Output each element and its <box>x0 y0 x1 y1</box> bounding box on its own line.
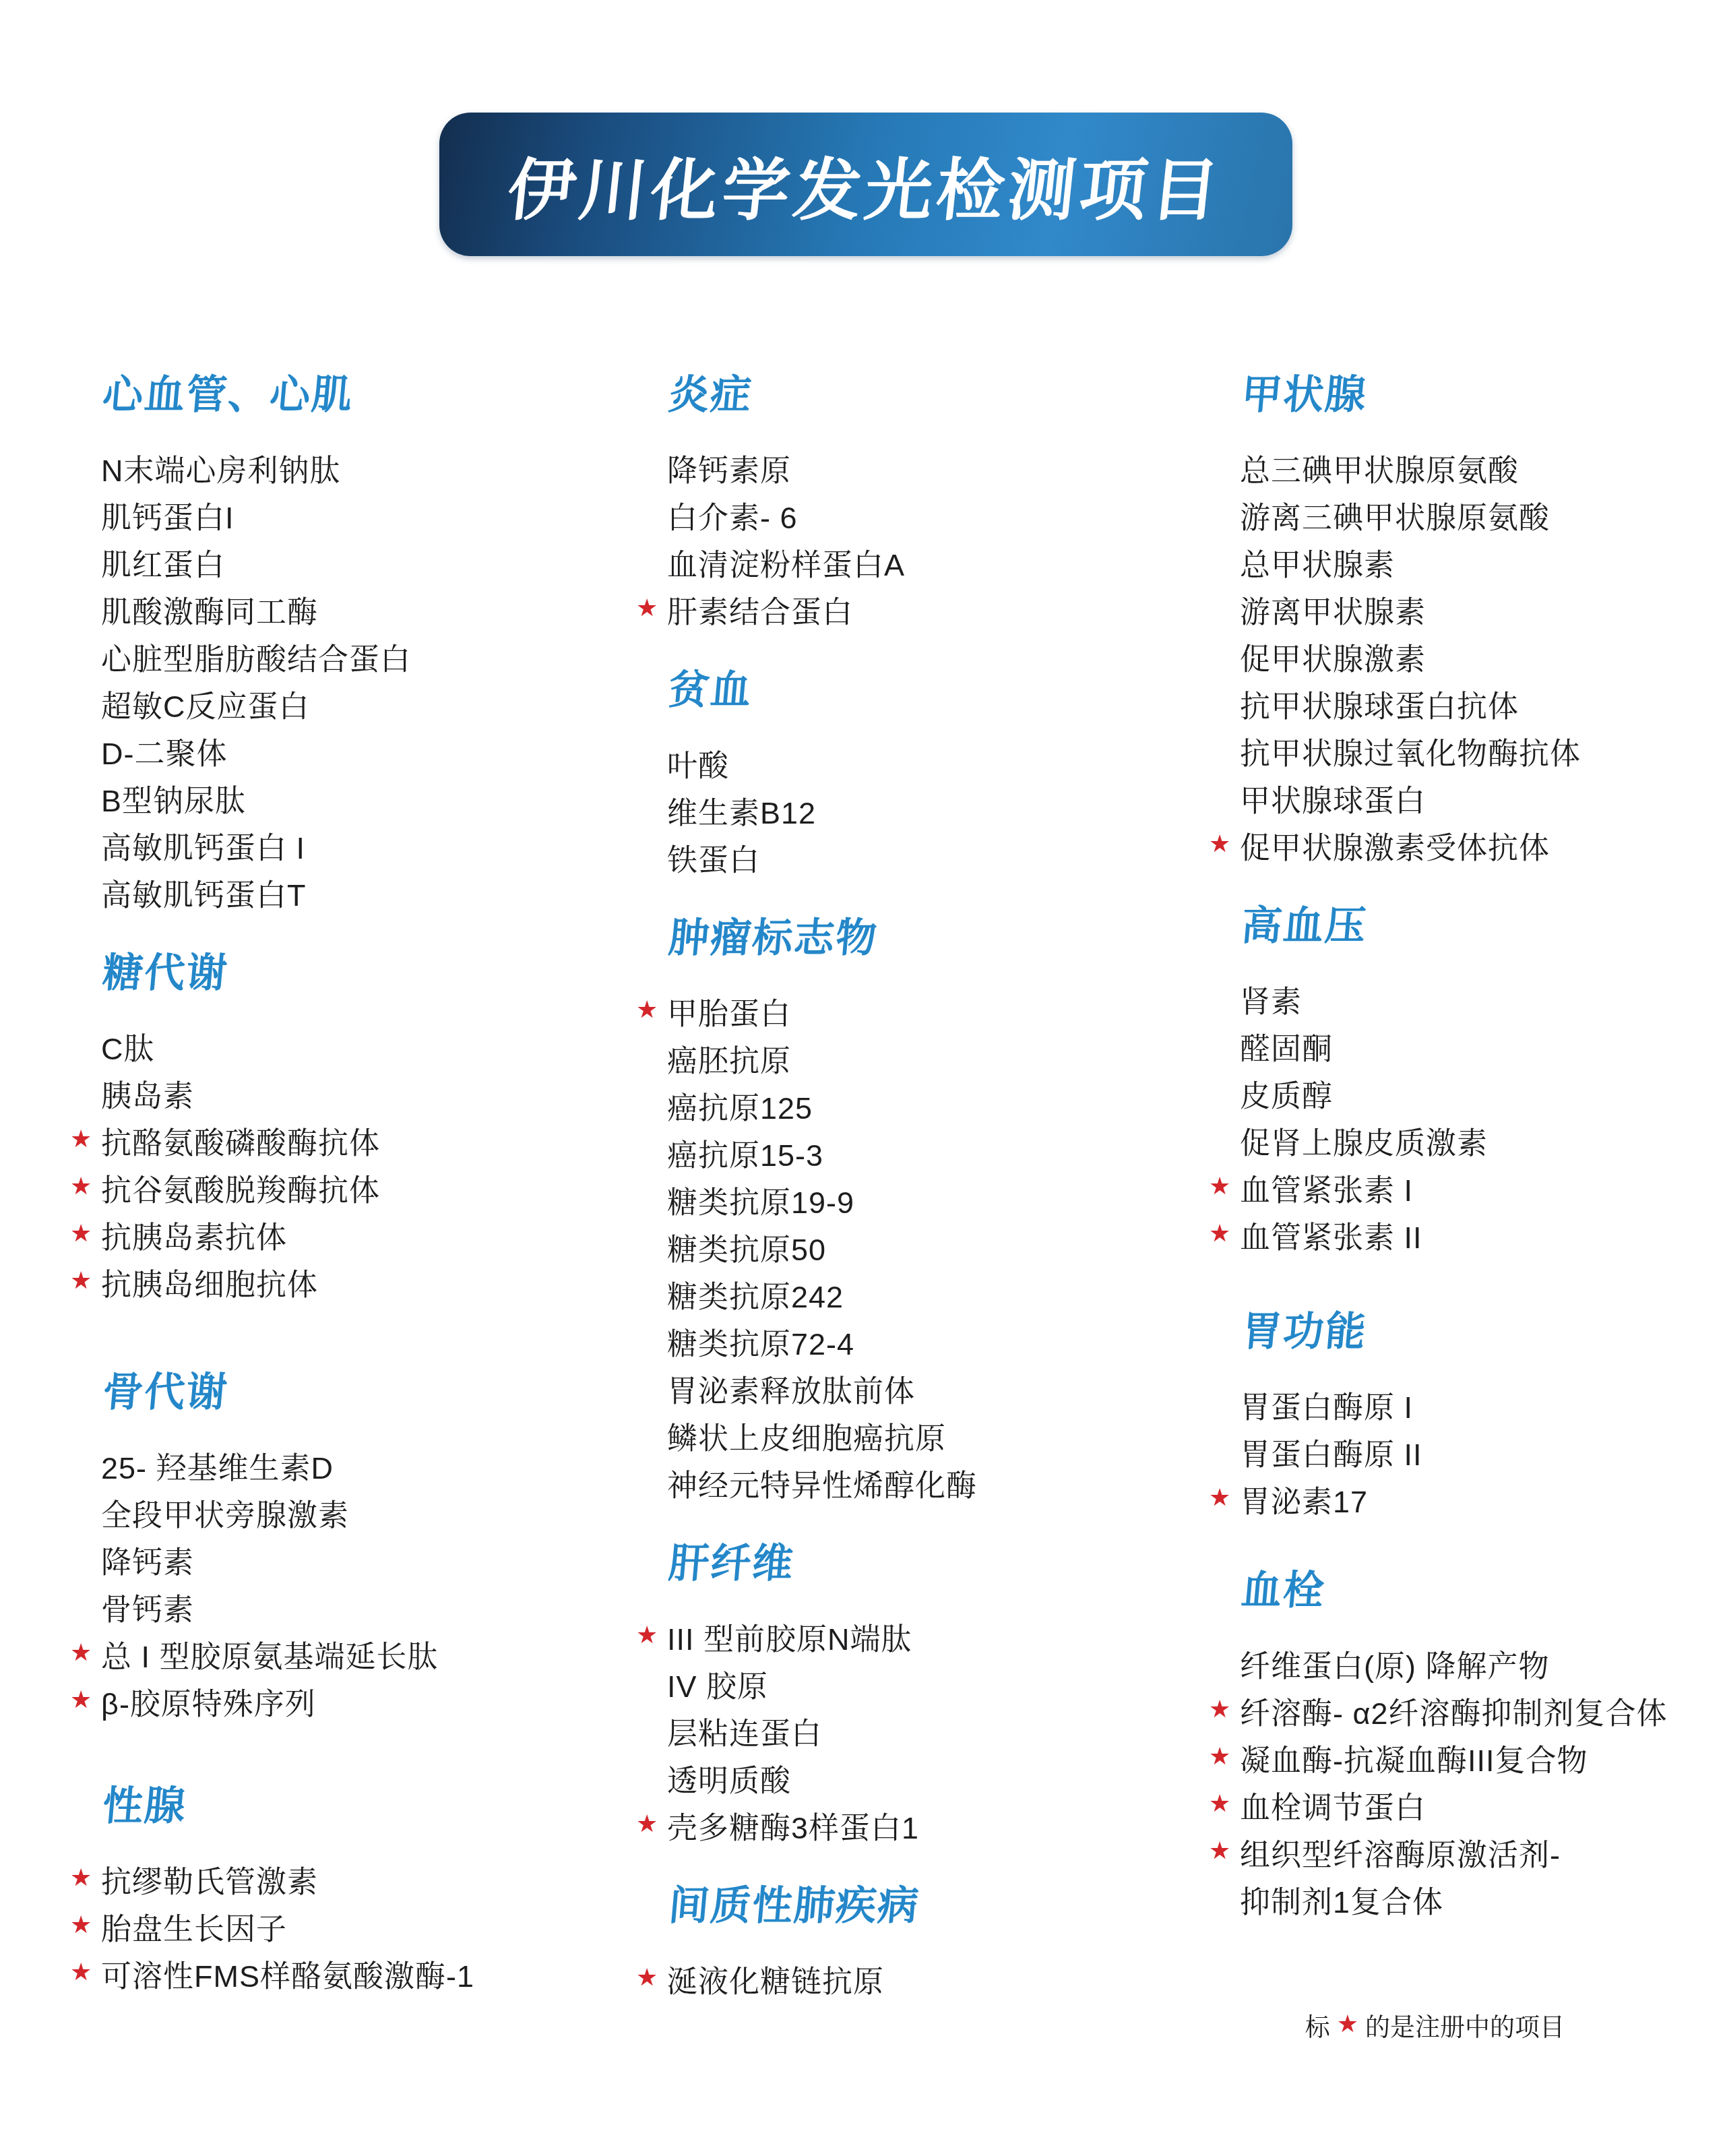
list-item: 促甲状腺激素 <box>1209 633 1725 680</box>
section-title: 贫血 <box>667 671 1200 710</box>
list-item: 胃蛋白酶原 I <box>1209 1381 1725 1428</box>
item-label: 癌抗原125 <box>667 1084 813 1128</box>
star-icon: ★ <box>70 1960 101 1984</box>
section-title: 高血压 <box>1240 906 1725 946</box>
list-item: 总甲状腺素 <box>1209 538 1725 586</box>
star-icon: ★ <box>1209 1221 1240 1245</box>
star-icon: ★ <box>636 1623 667 1647</box>
section-title: 性腺 <box>101 1787 634 1826</box>
star-icon: ★ <box>1209 1174 1240 1198</box>
list-item: 降钙素 <box>70 1536 631 1583</box>
list-item: ★可溶性FMS样酪氨酸激酶-1 <box>70 1950 631 1997</box>
item-label: 抗缪勒氏管激素 <box>101 1857 318 1901</box>
list-item: ★组织型纤溶酶原激活剂- <box>1209 1828 1725 1876</box>
section-right-3: 血栓纤维蛋白(原) 降解产物★纤溶酶- α2纤溶酶抑制剂复合体★凝血酶-抗凝血酶… <box>1209 1571 1725 1923</box>
list-item: 铁蛋白 <box>636 834 1197 881</box>
item-label: 肝素结合蛋白 <box>667 588 853 632</box>
list-item: 白介素- 6 <box>636 491 1197 538</box>
list-item: ★抗胰岛素抗体 <box>70 1211 631 1258</box>
item-label: 甲状腺球蛋白 <box>1240 776 1426 820</box>
item-label: III 型前胶原N端肽 <box>667 1615 912 1659</box>
list-item: 鳞状上皮细胞癌抗原 <box>636 1412 1197 1459</box>
star-icon: ★ <box>1209 1744 1240 1768</box>
section-left-2: 骨代谢25- 羟基维生素D全段甲状旁腺激素降钙素骨钙素★总 I 型胶原氨基端延长… <box>70 1373 631 1725</box>
section-title: 肝纤维 <box>667 1544 1200 1583</box>
list-item: 透明质酸 <box>636 1754 1197 1801</box>
item-label: 壳多糖酶3样蛋白1 <box>667 1804 919 1847</box>
item-label: 血清淀粉样蛋白A <box>667 541 905 584</box>
item-label: 胰岛素 <box>101 1072 194 1115</box>
star-icon: ★ <box>1209 1485 1240 1510</box>
item-label: 骨钙素 <box>101 1585 194 1629</box>
item-label: 可溶性FMS样酪氨酸激酶-1 <box>101 1952 474 1996</box>
list-item: ★胎盘生长因子 <box>70 1903 631 1950</box>
item-label: 纤溶酶- α2纤溶酶抑制剂复合体 <box>1240 1689 1668 1733</box>
list-item: C肽 <box>70 1022 631 1070</box>
star-icon: ★ <box>70 1127 101 1151</box>
item-label: 降钙素 <box>101 1538 194 1582</box>
item-label: 涎液化糖链抗原 <box>667 1957 884 2001</box>
item-label: 组织型纤溶酶原激活剂- <box>1240 1830 1561 1874</box>
list-item: ★促甲状腺激素受体抗体 <box>1209 822 1725 869</box>
section-left-0: 心血管、心肌N末端心房利钠肽肌钙蛋白I肌红蛋白肌酸激酶同工酶心脏型脂肪酸结合蛋白… <box>70 375 631 916</box>
star-icon: ★ <box>70 1866 101 1890</box>
item-label: 抗甲状腺球蛋白抗体 <box>1240 682 1519 726</box>
column-left: 心血管、心肌N末端心房利钠肽肌钙蛋白I肌红蛋白肌酸激酶同工酶心脏型脂肪酸结合蛋白… <box>70 375 631 1997</box>
list-item: 超敏C反应蛋白 <box>70 680 631 727</box>
column-right: 甲状腺总三碘甲状腺原氨酸游离三碘甲状腺原氨酸总甲状腺素游离甲状腺素促甲状腺激素抗… <box>1209 375 1725 1923</box>
item-label: 层粘连蛋白 <box>667 1709 822 1753</box>
section-title: 炎症 <box>667 375 1200 414</box>
list-item: 甲状腺球蛋白 <box>1209 774 1725 822</box>
item-label: 肌钙蛋白I <box>101 493 234 537</box>
item-label: 维生素B12 <box>667 789 816 832</box>
item-label: 总 I 型胶原氨基端延长肽 <box>101 1632 439 1676</box>
list-item: ★β-胶原特殊序列 <box>70 1677 631 1725</box>
list-item: 糖类抗原242 <box>636 1270 1197 1318</box>
section-right-1: 高血压肾素醛固酮皮质醇促肾上腺皮质激素★血管紧张素 I★血管紧张素 II <box>1209 906 1725 1258</box>
item-label: 25- 羟基维生素D <box>101 1444 334 1487</box>
item-label: IV 胶原 <box>667 1662 768 1706</box>
item-label: 总甲状腺素 <box>1240 541 1395 584</box>
star-icon: ★ <box>1337 2010 1358 2038</box>
section-title: 血栓 <box>1240 1571 1725 1610</box>
list-item: 血清淀粉样蛋白A <box>636 538 1197 586</box>
item-label: 总三碘甲状腺原氨酸 <box>1240 446 1519 490</box>
list-item: 肌酸激酶同工酶 <box>70 586 631 633</box>
section-title: 肿瘤标志物 <box>667 919 1200 958</box>
item-label: C肽 <box>101 1024 155 1068</box>
list-item: 降钙素原 <box>636 444 1197 491</box>
list-item: 高敏肌钙蛋白T <box>70 869 631 916</box>
list-item: N末端心房利钠肽 <box>70 444 631 491</box>
list-item: ★胃泌素17 <box>1209 1475 1725 1522</box>
item-label: 肌酸激酶同工酶 <box>101 588 318 632</box>
item-label: 抗胰岛细胞抗体 <box>101 1260 318 1304</box>
item-label: 抗酪氨酸磷酸酶抗体 <box>101 1119 380 1163</box>
item-label: 糖类抗原242 <box>667 1272 844 1316</box>
item-label: 糖类抗原72-4 <box>667 1320 854 1363</box>
list-item: ★壳多糖酶3样蛋白1 <box>636 1801 1197 1849</box>
star-icon: ★ <box>70 1174 101 1198</box>
item-label: 醛固酮 <box>1240 1024 1333 1068</box>
list-item: 糖类抗原50 <box>636 1223 1197 1270</box>
item-label: 癌胚抗原 <box>667 1037 791 1080</box>
item-label: 血管紧张素 I <box>1240 1166 1413 1210</box>
item-label: 心脏型脂肪酸结合蛋白 <box>101 635 411 679</box>
list-item: 总三碘甲状腺原氨酸 <box>1209 444 1725 491</box>
list-item: 层粘连蛋白 <box>636 1707 1197 1754</box>
list-item: ★甲胎蛋白 <box>636 987 1197 1035</box>
list-item: 25- 羟基维生素D <box>70 1442 631 1489</box>
item-label: 抗甲状腺过氧化物酶抗体 <box>1240 729 1581 773</box>
list-item: 醛固酮 <box>1209 1022 1725 1070</box>
item-label: 血管紧张素 II <box>1240 1213 1422 1257</box>
star-icon: ★ <box>70 1221 101 1245</box>
item-label: 超敏C反应蛋白 <box>101 682 310 726</box>
list-item: B型钠尿肽 <box>70 774 631 822</box>
list-item: 肾素 <box>1209 975 1725 1022</box>
list-item: ★抗胰岛细胞抗体 <box>70 1258 631 1305</box>
list-item: 癌抗原15-3 <box>636 1129 1197 1176</box>
list-item: 癌抗原125 <box>636 1082 1197 1129</box>
list-item: 糖类抗原72-4 <box>636 1318 1197 1365</box>
page-title: 伊川化学发光检测项目 <box>503 136 1228 233</box>
item-label: 肌红蛋白 <box>101 541 225 584</box>
star-icon: ★ <box>1209 1839 1240 1863</box>
star-icon: ★ <box>70 1268 101 1293</box>
section-title: 骨代谢 <box>101 1373 634 1412</box>
item-label: 抑制剂1复合体 <box>1240 1878 1443 1921</box>
list-item: 纤维蛋白(原) 降解产物 <box>1209 1640 1725 1687</box>
item-label: 甲胎蛋白 <box>667 989 791 1033</box>
star-icon: ★ <box>1209 1791 1240 1816</box>
section-middle-0: 炎症降钙素原白介素- 6血清淀粉样蛋白A★肝素结合蛋白 <box>636 375 1197 633</box>
item-label: 叶酸 <box>667 741 729 785</box>
list-item: 叶酸 <box>636 739 1197 787</box>
list-item: 游离甲状腺素 <box>1209 586 1725 633</box>
list-item: ★血栓调节蛋白 <box>1209 1781 1725 1828</box>
legend-suffix: 的是注册中的项目 <box>1365 2007 1565 2043</box>
section-title: 甲状腺 <box>1240 375 1725 414</box>
list-item: ★凝血酶-抗凝血酶III复合物 <box>1209 1734 1725 1781</box>
star-icon: ★ <box>70 1913 101 1937</box>
list-item: ★III 型前胶原N端肽 <box>636 1613 1197 1660</box>
item-label: D-二聚体 <box>101 729 227 773</box>
item-label: 凝血酶-抗凝血酶III复合物 <box>1240 1736 1588 1780</box>
item-label: 促甲状腺激素受体抗体 <box>1240 824 1550 867</box>
list-item: 胃泌素释放肽前体 <box>636 1365 1197 1412</box>
item-label: 皮质醇 <box>1240 1072 1333 1115</box>
item-label: 全段甲状旁腺激素 <box>101 1491 349 1535</box>
section-middle-3: 肝纤维★III 型前胶原N端肽IV 胶原层粘连蛋白透明质酸★壳多糖酶3样蛋白1 <box>636 1544 1197 1849</box>
item-label: 胃蛋白酶原 I <box>1240 1383 1413 1427</box>
item-label: 高敏肌钙蛋白T <box>101 871 307 915</box>
list-item: 癌胚抗原 <box>636 1035 1197 1082</box>
item-label: N末端心房利钠肽 <box>101 446 341 490</box>
list-item: ★抗酪氨酸磷酸酶抗体 <box>70 1117 631 1164</box>
list-item: 糖类抗原19-9 <box>636 1176 1197 1223</box>
list-item: 促肾上腺皮质激素 <box>1209 1117 1725 1164</box>
list-item: ★总 I 型胶原氨基端延长肽 <box>70 1630 631 1677</box>
star-icon: ★ <box>1209 832 1240 856</box>
section-right-2: 胃功能胃蛋白酶原 I胃蛋白酶原 II★胃泌素17 <box>1209 1312 1725 1522</box>
item-label: β-胶原特殊序列 <box>101 1680 316 1723</box>
list-item: 神经元特异性烯醇化酶 <box>636 1459 1197 1506</box>
star-icon: ★ <box>636 596 667 620</box>
list-item: ★抗缪勒氏管激素 <box>70 1855 631 1903</box>
item-label: 抗谷氨酸脱羧酶抗体 <box>101 1166 380 1210</box>
item-label: 降钙素原 <box>667 446 791 490</box>
item-label: 胎盘生长因子 <box>101 1905 287 1948</box>
list-item: 高敏肌钙蛋白 I <box>70 822 631 869</box>
list-item: 骨钙素 <box>70 1583 631 1630</box>
star-icon: ★ <box>636 1812 667 1836</box>
list-item: 胰岛素 <box>70 1070 631 1117</box>
list-item: ★抗谷氨酸脱羧酶抗体 <box>70 1164 631 1211</box>
section-middle-2: 肿瘤标志物★甲胎蛋白癌胚抗原癌抗原125癌抗原15-3糖类抗原19-9糖类抗原5… <box>636 919 1197 1506</box>
item-label: B型钠尿肽 <box>101 776 246 820</box>
item-label: 胃泌素释放肽前体 <box>667 1367 915 1411</box>
star-icon: ★ <box>636 997 667 1022</box>
list-item: 抑制剂1复合体 <box>1209 1876 1725 1923</box>
star-icon: ★ <box>70 1640 101 1665</box>
section-title: 间质性肺疾病 <box>667 1886 1200 1926</box>
item-label: 游离甲状腺素 <box>1240 588 1426 632</box>
list-item: 全段甲状旁腺激素 <box>70 1489 631 1536</box>
column-middle: 炎症降钙素原白介素- 6血清淀粉样蛋白A★肝素结合蛋白贫血叶酸维生素B12铁蛋白… <box>636 375 1197 2002</box>
section-title: 糖代谢 <box>101 954 634 993</box>
item-label: 游离三碘甲状腺原氨酸 <box>1240 493 1550 537</box>
item-label: 神经元特异性烯醇化酶 <box>667 1461 977 1505</box>
item-label: 糖类抗原50 <box>667 1225 826 1269</box>
item-label: 胃蛋白酶原 II <box>1240 1430 1422 1474</box>
item-label: 鳞状上皮细胞癌抗原 <box>667 1414 946 1458</box>
list-item: 肌钙蛋白I <box>70 491 631 538</box>
list-item: IV 胶原 <box>636 1660 1197 1707</box>
item-label: 纤维蛋白(原) 降解产物 <box>1240 1642 1549 1686</box>
list-item: ★肝素结合蛋白 <box>636 586 1197 633</box>
list-item: ★纤溶酶- α2纤溶酶抑制剂复合体 <box>1209 1687 1725 1734</box>
legend-prefix: 标 <box>1305 2007 1330 2043</box>
list-item: 抗甲状腺球蛋白抗体 <box>1209 680 1725 727</box>
item-label: 肾素 <box>1240 977 1302 1021</box>
legend-note: 标 ★ 的是注册中的项目 <box>1305 2007 1565 2043</box>
item-label: 胃泌素17 <box>1240 1477 1368 1521</box>
item-label: 铁蛋白 <box>667 836 760 880</box>
section-left-3: 性腺★抗缪勒氏管激素★胎盘生长因子★可溶性FMS样酪氨酸激酶-1 <box>70 1787 631 1997</box>
item-label: 白介素- 6 <box>667 493 798 537</box>
list-item: ★血管紧张素 II <box>1209 1211 1725 1258</box>
list-item: 皮质醇 <box>1209 1070 1725 1117</box>
item-label: 血栓调节蛋白 <box>1240 1783 1426 1827</box>
section-right-0: 甲状腺总三碘甲状腺原氨酸游离三碘甲状腺原氨酸总甲状腺素游离甲状腺素促甲状腺激素抗… <box>1209 375 1725 869</box>
item-label: 高敏肌钙蛋白 I <box>101 824 305 867</box>
item-label: 抗胰岛素抗体 <box>101 1213 287 1257</box>
list-item: 肌红蛋白 <box>70 538 631 586</box>
star-icon: ★ <box>636 1965 667 1990</box>
item-label: 促甲状腺激素 <box>1240 635 1426 679</box>
list-item: 心脏型脂肪酸结合蛋白 <box>70 633 631 680</box>
section-middle-1: 贫血叶酸维生素B12铁蛋白 <box>636 671 1197 881</box>
list-item: ★涎液化糖链抗原 <box>636 1955 1197 2002</box>
star-icon: ★ <box>1209 1697 1240 1721</box>
item-label: 透明质酸 <box>667 1756 791 1800</box>
section-title: 胃功能 <box>1240 1312 1725 1351</box>
section-title: 心血管、心肌 <box>101 375 634 414</box>
item-label: 糖类抗原19-9 <box>667 1178 854 1222</box>
list-item: 维生素B12 <box>636 787 1197 834</box>
list-item: ★血管紧张素 I <box>1209 1164 1725 1211</box>
list-item: 游离三碘甲状腺原氨酸 <box>1209 491 1725 538</box>
item-label: 癌抗原15-3 <box>667 1131 823 1175</box>
star-icon: ★ <box>70 1688 101 1712</box>
list-item: D-二聚体 <box>70 727 631 774</box>
section-middle-4: 间质性肺疾病★涎液化糖链抗原 <box>636 1886 1197 2002</box>
title-banner: 伊川化学发光检测项目 <box>439 113 1292 256</box>
list-item: 抗甲状腺过氧化物酶抗体 <box>1209 727 1725 774</box>
list-item: 胃蛋白酶原 II <box>1209 1428 1725 1475</box>
section-left-1: 糖代谢C肽胰岛素★抗酪氨酸磷酸酶抗体★抗谷氨酸脱羧酶抗体★抗胰岛素抗体★抗胰岛细… <box>70 954 631 1305</box>
item-label: 促肾上腺皮质激素 <box>1240 1119 1488 1163</box>
